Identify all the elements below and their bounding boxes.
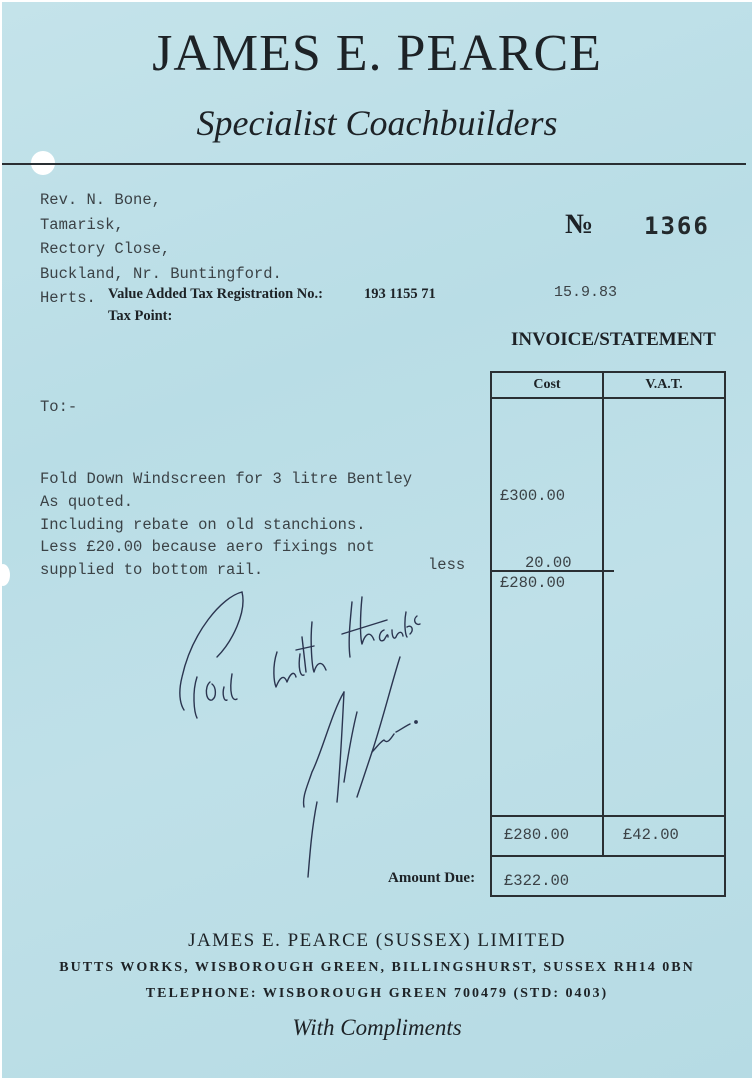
footer-company: JAMES E. PEARCE (SUSSEX) LIMITED — [2, 930, 752, 952]
header-row-divider — [490, 397, 726, 399]
company-tagline: Specialist Coachbuilders — [2, 102, 752, 144]
address-line: Tamarisk, — [40, 213, 282, 238]
total-cost: £280.00 — [504, 826, 569, 844]
table-right-border — [724, 371, 726, 897]
invoice-date: 15.9.83 — [554, 284, 617, 301]
tax-point-label: Tax Point: — [108, 308, 172, 325]
address-line: Buckland, Nr. Buntingford. — [40, 262, 282, 287]
footer-telephone: TELEPHONE: WISBOROUGH GREEN 700479 (STD:… — [2, 986, 752, 1002]
description-line: As quoted. — [40, 491, 412, 514]
description-line: Less £20.00 because aero fixings not — [40, 536, 412, 559]
invoice-number: 1366 — [644, 212, 710, 240]
number-symbol: № — [565, 209, 593, 241]
vat-registration-label: Value Added Tax Registration No.: — [108, 286, 323, 303]
table-bottom-border — [490, 895, 726, 897]
address-line: Rev. N. Bone, — [40, 188, 282, 213]
item-description: Fold Down Windscreen for 3 litre Bentley… — [40, 468, 412, 582]
amount-due-value: £322.00 — [504, 872, 569, 890]
address-line: Rectory Close, — [40, 237, 282, 262]
table-left-border — [490, 371, 492, 897]
less-label: less — [428, 556, 465, 574]
punch-hole — [0, 564, 10, 586]
totals-row-divider — [490, 815, 726, 817]
vat-column-header: V.A.T. — [604, 377, 724, 393]
invoice-paper: JAMES E. PEARCE Specialist Coachbuilders… — [2, 2, 752, 1078]
description-line: supplied to bottom rail. — [40, 559, 412, 582]
vat-registration-number: 193 1155 71 — [364, 286, 436, 303]
description-line: Including rebate on old stanchions. — [40, 514, 412, 537]
deduction-amount: 20.00 — [525, 554, 572, 572]
footer-closing: With Compliments — [2, 1015, 752, 1041]
amount-due-divider — [490, 855, 726, 857]
company-name: JAMES E. PEARCE — [2, 24, 752, 83]
footer-address: BUTTS WORKS, WISBOROUGH GREEN, BILLINGSH… — [2, 960, 752, 976]
total-vat: £42.00 — [623, 826, 679, 844]
description-line: Fold Down Windscreen for 3 litre Bentley — [40, 468, 412, 491]
header-divider — [2, 163, 746, 165]
subtotal-cost: £280.00 — [500, 574, 565, 592]
handwritten-paid-signature — [172, 582, 452, 882]
cost-column-header: Cost — [492, 377, 602, 393]
table-column-divider — [602, 373, 604, 856]
quoted-cost: £300.00 — [500, 487, 565, 505]
table-top-border — [490, 371, 726, 373]
invoice-title: INVOICE/STATEMENT — [511, 329, 716, 351]
to-label: To:- — [40, 398, 77, 416]
